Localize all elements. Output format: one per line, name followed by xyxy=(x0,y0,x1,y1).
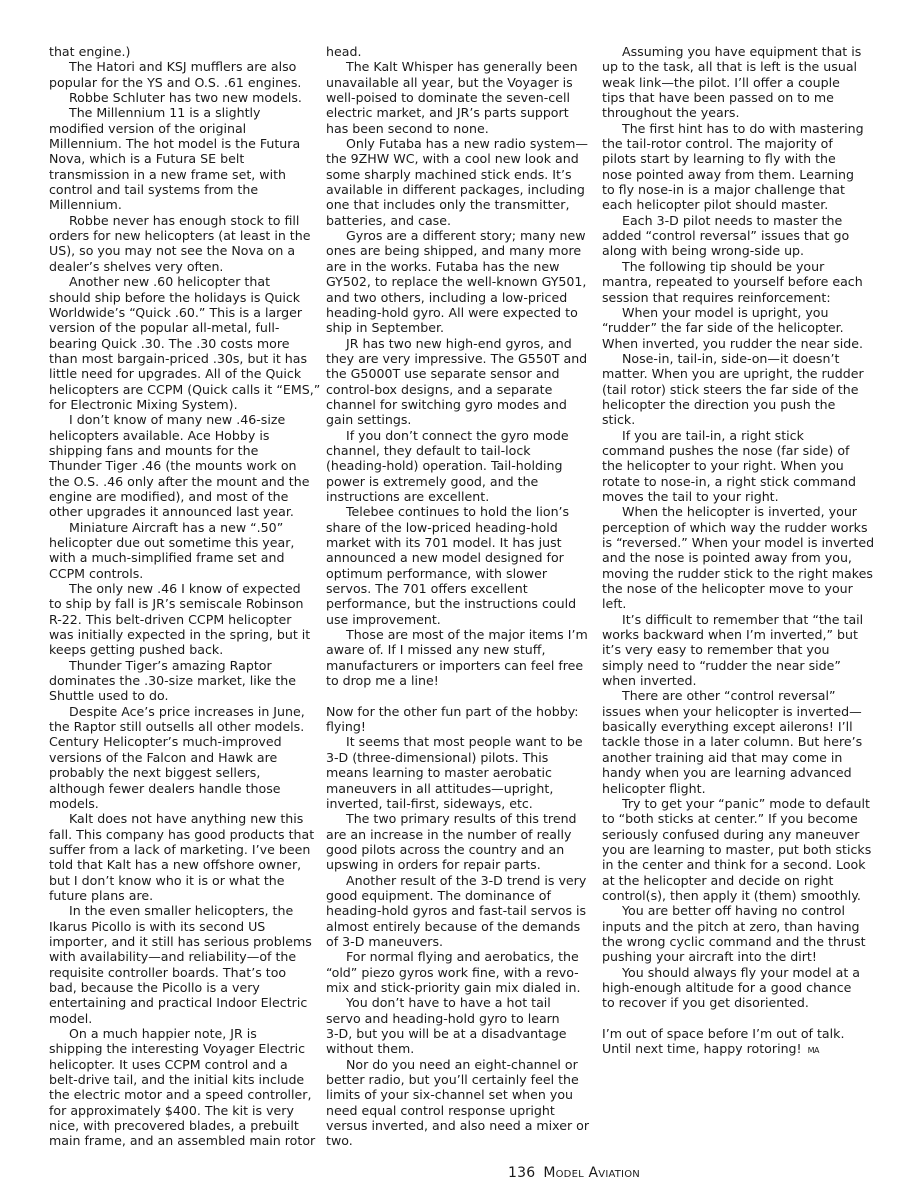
text-line: Thunder Tiger .46 (the mounts work on xyxy=(49,458,311,473)
text-line: helicopter due out sometime this year, xyxy=(49,535,311,550)
paragraph: The following tip should be yourmantra, … xyxy=(602,259,864,305)
text-line: It’s difficult to remember that “the tai… xyxy=(602,612,864,627)
text-line: the tail-rotor control. The majority of xyxy=(602,136,864,151)
text-line: tips that have been passed on to me xyxy=(602,90,864,105)
text-line: orders for new helicopters (at least in … xyxy=(49,228,311,243)
text-line: Robbe never has enough stock to fill xyxy=(49,213,311,228)
paragraph: Another result of the 3-D trend is veryg… xyxy=(326,873,588,950)
text-line: issues when your helicopter is inverted— xyxy=(602,704,864,719)
text-line: gain settings. xyxy=(326,412,588,427)
text-line: Despite Ace’s price increases in June, xyxy=(49,704,311,719)
text-line: are an increase in the number of really xyxy=(326,827,588,842)
text-line: the wrong cyclic command and the thrust xyxy=(602,934,864,949)
paragraph: When your model is upright, you“rudder” … xyxy=(602,305,864,351)
text-line: another training aid that may come in xyxy=(602,750,864,765)
text-line: is “reversed.” When your model is invert… xyxy=(602,535,864,550)
text-line: channel, they default to tail-lock xyxy=(326,443,588,458)
text-line: that engine.) xyxy=(49,44,311,59)
text-line: helicopter the direction you push the xyxy=(602,397,864,412)
text-line: When inverted, you rudder the near side. xyxy=(602,336,864,351)
text-line: maneuvers in all attitudes—upright, xyxy=(326,781,588,796)
text-line: Now for the other fun part of the hobby: xyxy=(326,704,588,719)
text-line: When your model is upright, you xyxy=(602,305,864,320)
text-line: mantra, repeated to yourself before each xyxy=(602,274,864,289)
text-line: added “control reversal” issues that go xyxy=(602,228,864,243)
paragraph: Kalt does not have anything new thisfall… xyxy=(49,811,311,903)
text-line: almost entirely because of the demands xyxy=(326,919,588,934)
text-line: pushing your aircraft into the dirt! xyxy=(602,949,864,964)
text-line: control-box designs, and a separate xyxy=(326,382,588,397)
text-line: and the nose is pointed away from you, xyxy=(602,550,864,565)
paragraph: On a much happier note, JR isshipping th… xyxy=(49,1026,311,1149)
paragraph: You are better off having no controlinpu… xyxy=(602,903,864,964)
text-line: mix and stick-priority gain mix dialed i… xyxy=(326,980,588,995)
text-line: head. xyxy=(326,44,588,59)
text-line: when inverted. xyxy=(602,673,864,688)
text-line: The only new .46 I know of expected xyxy=(49,581,311,596)
text-line: nice, with precovered blades, a prebuilt xyxy=(49,1118,311,1133)
text-line: Nova, which is a Futura SE belt xyxy=(49,151,311,166)
text-line: stick. xyxy=(602,412,864,427)
text-line: Millennium. xyxy=(49,197,311,212)
text-line: at the helicopter and decide on right xyxy=(602,873,864,888)
text-line: Nor do you need an eight-channel or xyxy=(326,1057,588,1072)
text-line: Ikarus Picollo is with its second US xyxy=(49,919,311,934)
text-line: you are learning to master, put both sti… xyxy=(602,842,864,857)
text-line: US), so you may not see the Nova on a xyxy=(49,243,311,258)
text-line: Century Helicopter’s much-improved xyxy=(49,734,311,749)
paragraph: The first hint has to do with masteringt… xyxy=(602,121,864,213)
text-line: Gyros are a different story; many new xyxy=(326,228,588,243)
article-column-2: head.The Kalt Whisper has generally been… xyxy=(326,44,588,1149)
text-line: Try to get your “panic” mode to default xyxy=(602,796,864,811)
paragraph: Those are most of the major items I’mawa… xyxy=(326,627,588,688)
text-line: JR has two new high-end gyros, and xyxy=(326,336,588,351)
text-line: Nose-in, tail-in, side-on—it doesn’t xyxy=(602,351,864,366)
text-line: to “both sticks at center.” If you becom… xyxy=(602,811,864,826)
paragraph: JR has two new high-end gyros, andthey a… xyxy=(326,336,588,428)
text-line: versus inverted, and also need a mixer o… xyxy=(326,1118,588,1133)
page-number: 136 xyxy=(508,1165,535,1181)
paragraph: The Hatori and KSJ mufflers are alsopopu… xyxy=(49,59,311,90)
text-line: flying! xyxy=(326,719,588,734)
text-line: matter. When you are upright, the rudder xyxy=(602,366,864,381)
paragraph: Despite Ace’s price increases in June,th… xyxy=(49,704,311,811)
text-line: When the helicopter is inverted, your xyxy=(602,504,864,519)
text-line: without them. xyxy=(326,1041,588,1056)
text-line: nose pointed away from them. Learning xyxy=(602,167,864,182)
paragraph: Gyros are a different story; many newone… xyxy=(326,228,588,335)
paragraph: For normal flying and aerobatics, the“ol… xyxy=(326,949,588,995)
text-line: available in different packages, includi… xyxy=(326,182,588,197)
text-line: It seems that most people want to be xyxy=(326,734,588,749)
text-line: batteries, and case. xyxy=(326,213,588,228)
text-line: market with its 701 model. It has just xyxy=(326,535,588,550)
text-line: heading-hold gyros and fast-tail servos … xyxy=(326,903,588,918)
text-line: I’m out of space before I’m out of talk. xyxy=(602,1026,864,1041)
text-line: two. xyxy=(326,1133,588,1148)
text-line: up to the task, all that is left is the … xyxy=(602,59,864,74)
text-line: manufacturers or importers can feel free xyxy=(326,658,588,673)
end-mark: MA xyxy=(808,1046,819,1055)
text-line: engine are modified), and most of the xyxy=(49,489,311,504)
text-line: fall. This company has good products tha… xyxy=(49,827,311,842)
text-line: to drop me a line! xyxy=(326,673,588,688)
paragraph: Robbe never has enough stock to fillorde… xyxy=(49,213,311,274)
text-line: 3-D, but you will be at a disadvantage xyxy=(326,1026,588,1041)
text-line: instructions are excellent. xyxy=(326,489,588,504)
text-line: the nose of the helicopter move to your xyxy=(602,581,864,596)
text-line: for Electronic Mixing System). xyxy=(49,397,311,412)
text-line: versions of the Falcon and Hawk are xyxy=(49,750,311,765)
paragraph: Now for the other fun part of the hobby:… xyxy=(326,704,588,735)
text-line: the 9ZHW WC, with a cool new look and xyxy=(326,151,588,166)
paragraph: head. xyxy=(326,44,588,59)
text-line: good pilots across the country and an xyxy=(326,842,588,857)
text-line: left. xyxy=(602,596,864,611)
text-line: main frame, and an assembled main rotor xyxy=(49,1133,311,1148)
text-line: You don’t have to have a hot tail xyxy=(326,995,588,1010)
paragraph: It’s difficult to remember that “the tai… xyxy=(602,612,864,689)
text-line: has been second to none. xyxy=(326,121,588,136)
text-line: The Millennium 11 is a slightly xyxy=(49,105,311,120)
text-line: to ship by fall is JR’s semiscale Robins… xyxy=(49,596,311,611)
text-line: entertaining and practical Indoor Electr… xyxy=(49,995,311,1010)
text-line: modified version of the original xyxy=(49,121,311,136)
text-line: Thunder Tiger’s amazing Raptor xyxy=(49,658,311,673)
text-line: good equipment. The dominance of xyxy=(326,888,588,903)
text-line: transmission in a new frame set, with xyxy=(49,167,311,182)
text-line: dealer’s shelves very often. xyxy=(49,259,311,274)
text-line: told that Kalt has a new offshore owner, xyxy=(49,857,311,872)
text-line: Kalt does not have anything new this xyxy=(49,811,311,826)
paragraph: It seems that most people want to be3-D … xyxy=(326,734,588,811)
text-line: Assuming you have equipment that is xyxy=(602,44,864,59)
paragraph: I don’t know of many new .46-sizehelicop… xyxy=(49,412,311,519)
text-line: inverted, tail-first, sideways, etc. xyxy=(326,796,588,811)
text-line: In the even smaller helicopters, the xyxy=(49,903,311,918)
text-line: little need for upgrades. All of the Qui… xyxy=(49,366,311,381)
text-line: Only Futaba has a new radio system— xyxy=(326,136,588,151)
text-line: aware of. If I missed any new stuff, xyxy=(326,642,588,657)
text-line: one that includes only the transmitter, xyxy=(326,197,588,212)
text-line: The Hatori and KSJ mufflers are also xyxy=(49,59,311,74)
paragraph: Telebee continues to hold the lion’sshar… xyxy=(326,504,588,627)
text-line: in the center and think for a second. Lo… xyxy=(602,857,864,872)
text-line: the electric motor and a speed controlle… xyxy=(49,1087,311,1102)
text-line: rotate to nose-in, a right stick command xyxy=(602,474,864,489)
text-line: “rudder” the far side of the helicopter. xyxy=(602,320,864,335)
text-line: power is extremely good, and the xyxy=(326,474,588,489)
text-line: importer, and it still has serious probl… xyxy=(49,934,311,949)
text-line: “old” piezo gyros work fine, with a revo… xyxy=(326,965,588,980)
text-line: the helicopter to your right. When you xyxy=(602,458,864,473)
text-line: bad, because the Picollo is a very xyxy=(49,980,311,995)
text-line: (tail rotor) stick steers the far side o… xyxy=(602,382,864,397)
text-line: R-22. This belt-driven CCPM helicopter xyxy=(49,612,311,627)
text-line: tackle those in a later column. But here… xyxy=(602,734,864,749)
text-line: popular for the YS and O.S. .61 engines. xyxy=(49,75,311,90)
paragraph: In the even smaller helicopters, theIkar… xyxy=(49,903,311,1026)
text-line: session that requires reinforcement: xyxy=(602,290,864,305)
text-line: upswing in orders for repair parts. xyxy=(326,857,588,872)
text-line: to fly nose-in is a major challenge that xyxy=(602,182,864,197)
text-line: announced a new model designed for xyxy=(326,550,588,565)
article-column-1: that engine.)The Hatori and KSJ mufflers… xyxy=(49,44,311,1149)
text-line: along with being wrong-side up. xyxy=(602,243,864,258)
text-line: (heading-hold) operation. Tail-holding xyxy=(326,458,588,473)
text-line: The Kalt Whisper has generally been xyxy=(326,59,588,74)
paragraph: I’m out of space before I’m out of talk.… xyxy=(602,1026,864,1059)
text-line: with a much-simplified frame set and xyxy=(49,550,311,565)
text-line: servo and heading-hold gyro to learn xyxy=(326,1011,588,1026)
paragraph: Each 3-D pilot needs to master theadded … xyxy=(602,213,864,259)
text-line: are in the works. Futaba has the new xyxy=(326,259,588,274)
text-line: for approximately $400. The kit is very xyxy=(49,1103,311,1118)
text-line: Telebee continues to hold the lion’s xyxy=(326,504,588,519)
text-line: other upgrades it announced last year. xyxy=(49,504,311,519)
text-line: handy when you are learning advanced xyxy=(602,765,864,780)
paragraph: The two primary results of this trendare… xyxy=(326,811,588,872)
text-line: For normal flying and aerobatics, the xyxy=(326,949,588,964)
text-line: of 3-D maneuvers. xyxy=(326,934,588,949)
article-column-3: Assuming you have equipment that isup to… xyxy=(602,44,864,1059)
text-line: On a much happier note, JR is xyxy=(49,1026,311,1041)
text-line: control and tail systems from the xyxy=(49,182,311,197)
text-line: shipping the interesting Voyager Electri… xyxy=(49,1041,311,1056)
paragraph: When the helicopter is inverted, yourper… xyxy=(602,504,864,611)
text-line: requisite controller boards. That’s too xyxy=(49,965,311,980)
text-line: simply need to “rudder the near side” xyxy=(602,658,864,673)
text-line: performance, but the instructions could xyxy=(326,596,588,611)
text-line: pilots start by learning to fly with the xyxy=(602,151,864,166)
text-line: throughout the years. xyxy=(602,105,864,120)
text-line: unavailable all year, but the Voyager is xyxy=(326,75,588,90)
text-line: Those are most of the major items I’m xyxy=(326,627,588,642)
text-line: Worldwide’s “Quick .60.” This is a large… xyxy=(49,305,311,320)
text-line: works backward when I’m inverted,” but xyxy=(602,627,864,642)
text-line: high-enough altitude for a good chance xyxy=(602,980,864,995)
paragraph: Try to get your “panic” mode to defaultt… xyxy=(602,796,864,903)
text-line: better radio, but you’ll certainly feel … xyxy=(326,1072,588,1087)
text-line: it’s very easy to remember that you xyxy=(602,642,864,657)
paragraph: If you don’t connect the gyro modechanne… xyxy=(326,428,588,505)
text-line: GY502, to replace the well-known GY501, xyxy=(326,274,588,289)
text-line: the G5000T use separate sensor and xyxy=(326,366,588,381)
text-line: Miniature Aircraft has a new “.50” xyxy=(49,520,311,535)
text-line: seriously confused during any maneuver xyxy=(602,827,864,842)
text-line: bearing Quick .30. The .30 costs more xyxy=(49,336,311,351)
magazine-title: Model Aviation xyxy=(543,1165,640,1181)
text-line: inputs and the pitch at zero, than havin… xyxy=(602,919,864,934)
text-line: helicopters available. Ace Hobby is xyxy=(49,428,311,443)
text-line: perception of which way the rudder works xyxy=(602,520,864,535)
text-line: probably the next biggest sellers, xyxy=(49,765,311,780)
paragraph: There are other “control reversal”issues… xyxy=(602,688,864,795)
text-line: than most bargain-priced .30s, but it ha… xyxy=(49,351,311,366)
text-line: share of the low-priced heading-hold xyxy=(326,520,588,535)
text-line: optimum performance, with slower xyxy=(326,566,588,581)
text-line: use improvement. xyxy=(326,612,588,627)
text-line: was initially expected in the spring, bu… xyxy=(49,627,311,642)
page-footer: 136Model Aviation xyxy=(508,1165,640,1181)
text-line: need equal control response upright xyxy=(326,1103,588,1118)
paragraph: Another new .60 helicopter thatshould sh… xyxy=(49,274,311,412)
text-line: helicopters are CCPM (Quick calls it “EM… xyxy=(49,382,311,397)
text-line: but I don’t know who it is or what the xyxy=(49,873,311,888)
text-line: You should always fly your model at a xyxy=(602,965,864,980)
paragraph: The Kalt Whisper has generally beenunava… xyxy=(326,59,588,136)
text-line: servos. The 701 offers excellent xyxy=(326,581,588,596)
text-line: heading-hold gyro. All were expected to xyxy=(326,305,588,320)
text-line: The first hint has to do with mastering xyxy=(602,121,864,136)
text-line: shipping fans and mounts for the xyxy=(49,443,311,458)
text-line: each helicopter pilot should master. xyxy=(602,197,864,212)
text-line: CCPM controls. xyxy=(49,566,311,581)
text-line: dominates the .30-size market, like the xyxy=(49,673,311,688)
paragraph: The Millennium 11 is a slightlymodified … xyxy=(49,105,311,212)
paragraph: Thunder Tiger’s amazing Raptordominates … xyxy=(49,658,311,704)
text-line: means learning to master aerobatic xyxy=(326,765,588,780)
text-line: There are other “control reversal” xyxy=(602,688,864,703)
paragraph: Nor do you need an eight-channel orbette… xyxy=(326,1057,588,1149)
text-line: Until next time, happy rotoring! xyxy=(602,1041,802,1056)
text-line: Another new .60 helicopter that xyxy=(49,274,311,289)
text-line: ones are being shipped, and many more xyxy=(326,243,588,258)
text-line: If you don’t connect the gyro mode xyxy=(326,428,588,443)
text-line: and two others, including a low-priced xyxy=(326,290,588,305)
paragraph: Nose-in, tail-in, side-on—it doesn’tmatt… xyxy=(602,351,864,428)
text-line: The following tip should be your xyxy=(602,259,864,274)
text-line: suffer from a lack of marketing. I’ve be… xyxy=(49,842,311,857)
text-line: models. xyxy=(49,796,311,811)
text-line: You are better off having no control xyxy=(602,903,864,918)
paragraph: Assuming you have equipment that isup to… xyxy=(602,44,864,121)
text-line: I don’t know of many new .46-size xyxy=(49,412,311,427)
text-line: keeps getting pushed back. xyxy=(49,642,311,657)
paragraph: Robbe Schluter has two new models. xyxy=(49,90,311,105)
text-line: version of the popular all-metal, full- xyxy=(49,320,311,335)
text-line: command pushes the nose (far side) of xyxy=(602,443,864,458)
paragraph: Only Futaba has a new radio system—the 9… xyxy=(326,136,588,228)
text-line: some sharply machined stick ends. It’s xyxy=(326,167,588,182)
paragraph: The only new .46 I know of expectedto sh… xyxy=(49,581,311,658)
text-line: future plans are. xyxy=(49,888,311,903)
text-line: If you are tail-in, a right stick xyxy=(602,428,864,443)
text-line: moving the rudder stick to the right mak… xyxy=(602,566,864,581)
text-line: helicopter flight. xyxy=(602,781,864,796)
text-line: Robbe Schluter has two new models. xyxy=(49,90,311,105)
text-line: with availability—and reliability—of the xyxy=(49,949,311,964)
text-line: 3-D (three-dimensional) pilots. This xyxy=(326,750,588,765)
text-line: they are very impressive. The G550T and xyxy=(326,351,588,366)
text-line: basically everything except ailerons! I’… xyxy=(602,719,864,734)
paragraph: that engine.) xyxy=(49,44,311,59)
text-line: Shuttle used to do. xyxy=(49,688,311,703)
paragraph: You should always fly your model at ahig… xyxy=(602,965,864,1011)
text-line: the O.S. .46 only after the mount and th… xyxy=(49,474,311,489)
text-line: Millennium. The hot model is the Futura xyxy=(49,136,311,151)
text-line: model. xyxy=(49,1011,311,1026)
text-line: ship in September. xyxy=(326,320,588,335)
text-line: should ship before the holidays is Quick xyxy=(49,290,311,305)
text-line: helicopter. It uses CCPM control and a xyxy=(49,1057,311,1072)
paragraph: If you are tail-in, a right stickcommand… xyxy=(602,428,864,505)
text-line: control(s), then apply it (them) smoothl… xyxy=(602,888,864,903)
text-line: well-poised to dominate the seven-cell xyxy=(326,90,588,105)
text-line: electric market, and JR’s parts support xyxy=(326,105,588,120)
text-line: The two primary results of this trend xyxy=(326,811,588,826)
text-line: moves the tail to your right. xyxy=(602,489,864,504)
text-line: limits of your six-channel set when you xyxy=(326,1087,588,1102)
text-line: although fewer dealers handle those xyxy=(49,781,311,796)
text-line: the Raptor still outsells all other mode… xyxy=(49,719,311,734)
paragraph: You don’t have to have a hot tailservo a… xyxy=(326,995,588,1056)
text-line: belt-drive tail, and the initial kits in… xyxy=(49,1072,311,1087)
text-line: channel for switching gyro modes and xyxy=(326,397,588,412)
text-line: weak link—the pilot. I’ll offer a couple xyxy=(602,75,864,90)
text-line: Another result of the 3-D trend is very xyxy=(326,873,588,888)
text-line: to recover if you get disoriented. xyxy=(602,995,864,1010)
text-line: Each 3-D pilot needs to master the xyxy=(602,213,864,228)
paragraph: Miniature Aircraft has a new “.50”helico… xyxy=(49,520,311,581)
